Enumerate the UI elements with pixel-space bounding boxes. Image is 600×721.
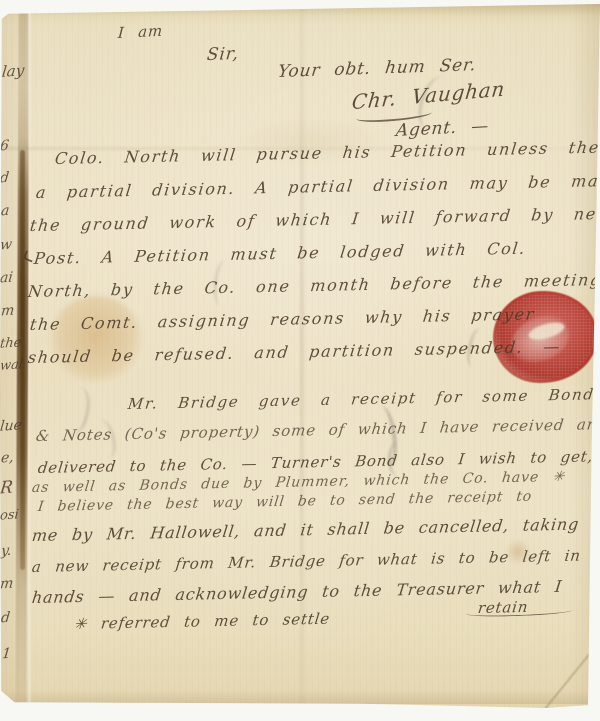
margin-fragment: y. <box>0 543 12 560</box>
paper-top-edge-shading <box>0 0 600 16</box>
scan-background: lay 6 d a w ai m the wal lue e, R osi y.… <box>0 0 600 721</box>
margin-fragment: d <box>0 610 11 627</box>
signature: Chr. Vaughan <box>351 76 507 114</box>
margin-fragment: R <box>0 477 14 498</box>
letter-line: the ground work of which I will forward … <box>29 203 600 235</box>
letter-line: should be refused. and partition suspend… <box>27 337 562 367</box>
letter-line: & Notes (Co's property) some of which I … <box>35 415 600 445</box>
letter-page: lay 6 d a w ai m the wal lue e, R osi y.… <box>0 0 600 721</box>
closing-salutation: Sir, <box>206 44 240 65</box>
margin-fragment: d <box>0 170 10 187</box>
margin-fragment: lay <box>1 61 25 81</box>
paper-bottom-edge-shading <box>0 690 600 704</box>
letter-line: Post. A Petition must be lodged with Col… <box>33 239 527 268</box>
letter-line: Mr. Bridge gave a receipt for some Bonds <box>127 385 600 413</box>
margin-fragment: e, <box>0 449 14 466</box>
margin-fragment: ai <box>0 269 14 286</box>
margin-fragment: w <box>0 237 13 254</box>
closing-i-am: I am <box>117 22 163 42</box>
margin-fragment: 6 <box>0 138 10 155</box>
footnote: ✳ referred to me to settle <box>73 610 331 633</box>
margin-fragment: m <box>0 575 14 592</box>
water-stain <box>50 296 142 382</box>
letter-line: a new receipt from Mr. Bridge for what i… <box>31 546 600 576</box>
signature-title: Agent. — <box>395 116 490 141</box>
letter-line: Colo. North will pursue his Petition unl… <box>54 136 600 168</box>
margin-fragment: 1 <box>1 646 12 663</box>
letter-line: a partial division. A partial division m… <box>35 171 600 202</box>
letter-line: me by Mr. Hallowell, and it shall be can… <box>31 515 580 546</box>
margin-fragment: m <box>0 302 15 319</box>
letter-line: North, by the Co. one month before the m… <box>27 269 600 301</box>
margin-fragment: osi <box>0 507 19 523</box>
margin-fragment: the <box>0 335 22 352</box>
margin-fragment: a <box>0 203 10 220</box>
closing-valediction: Your obt. hum Ser. <box>277 55 478 82</box>
margin-fragment: wal <box>0 357 24 374</box>
letter-line: the Comt. assigning reasons why his pray… <box>29 304 536 334</box>
corner-fold-crease <box>538 626 600 717</box>
margin-fragment: lue <box>0 417 23 435</box>
